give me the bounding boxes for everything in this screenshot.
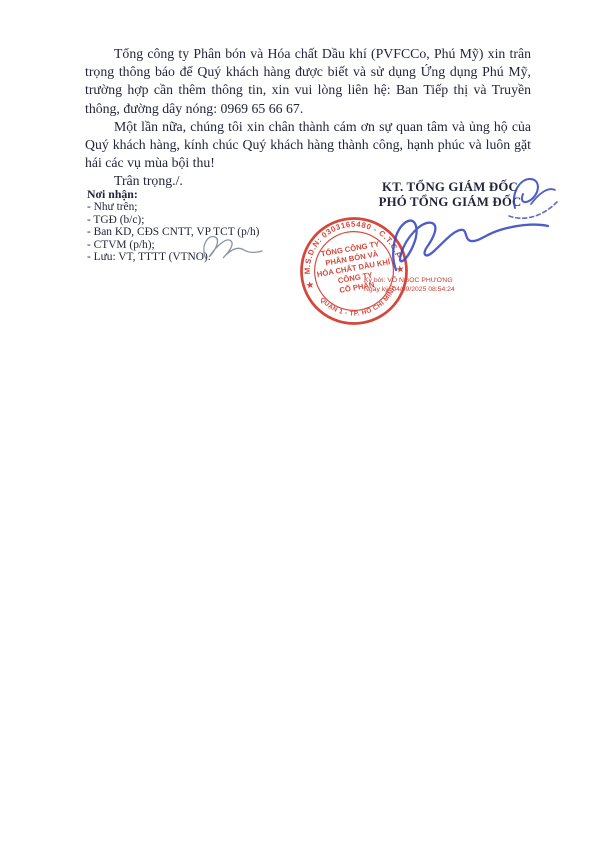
paragraph-thanks: Một lần nữa, chúng tôi xin chân thành cá…: [85, 118, 531, 173]
recipient-line: - TGĐ (b/c);: [87, 214, 259, 226]
document-page: Tổng công ty Phân bón và Hóa chất Dầu kh…: [0, 0, 595, 842]
recipient-line: - Như trên;: [87, 201, 259, 213]
paragraph-notice: Tổng công ty Phân bón và Hóa chất Dầu kh…: [85, 45, 531, 118]
body-text: Tổng công ty Phân bón và Hóa chất Dầu kh…: [85, 45, 531, 191]
star-icon: ★: [304, 279, 315, 290]
clerk-signature-ink: [184, 232, 264, 264]
recipients-title: Nơi nhận:: [87, 188, 259, 200]
initial-signature-ink: [503, 174, 561, 222]
